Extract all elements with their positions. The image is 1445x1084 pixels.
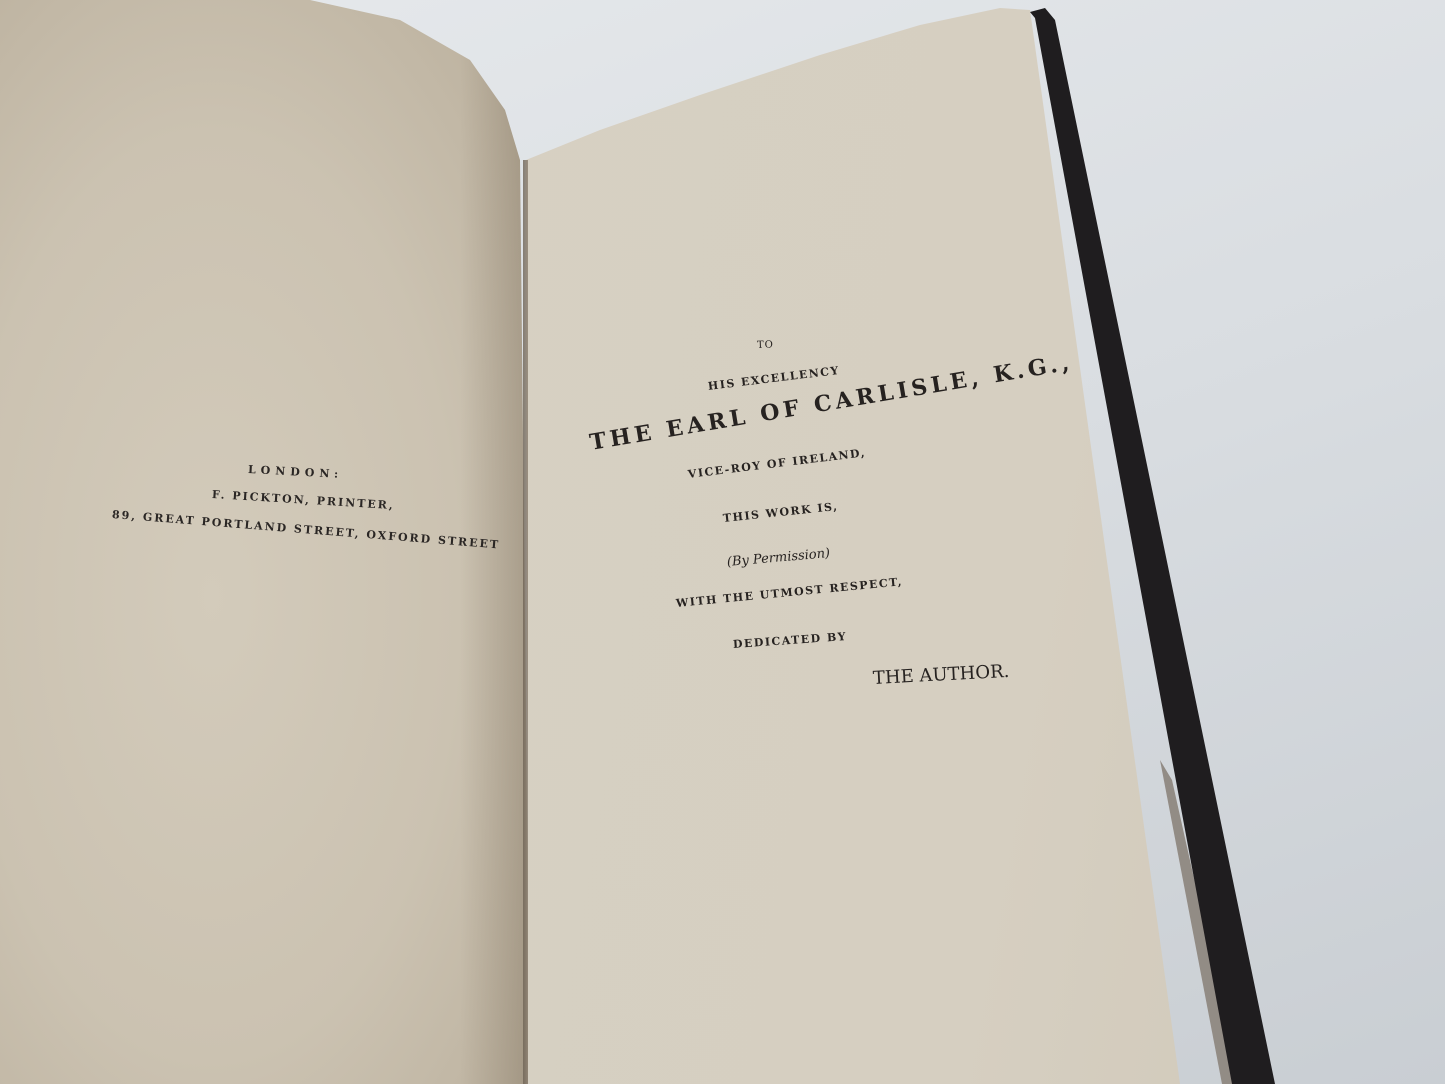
book-photo: LONDON: F. PICKTON, PRINTER, 89, GREAT P… (0, 0, 1445, 1084)
book-gutter (523, 160, 528, 1084)
dedication-to: TO (757, 339, 774, 351)
